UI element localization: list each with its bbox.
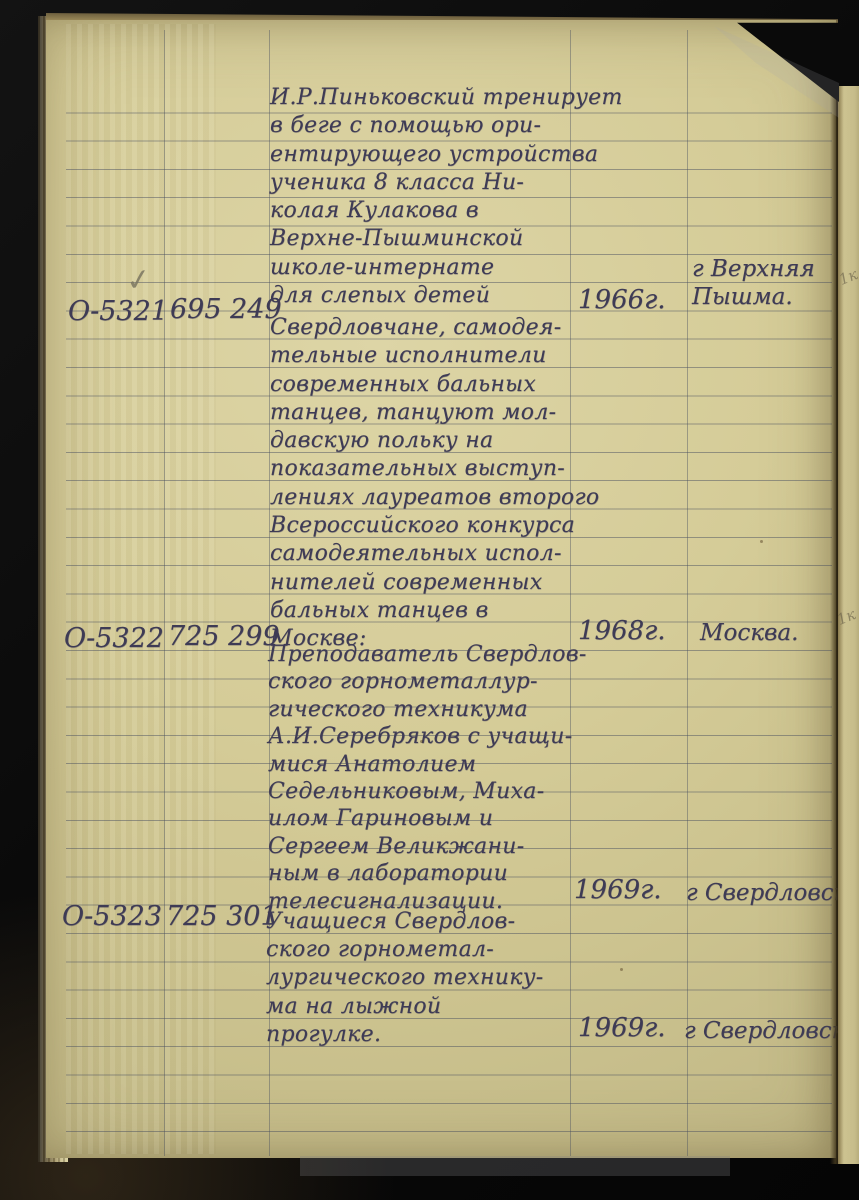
entry-a-line: школе-интернате [270,254,623,282]
entry-c-line: мися Анатолием [268,751,587,778]
entry-a-line: Верхне-Пышминской [270,225,623,253]
entry-c-line: Седельниковым, Миха- [268,778,587,805]
entry-b-line: нителей современных [270,569,599,597]
entry-b-line: Свердловчане, самодея- [270,314,599,342]
entry-c-place: г Свердловск [686,879,847,907]
entry-b-place: Москва. [700,619,798,647]
entry-b-line: танцев, танцуют мол- [270,399,599,427]
entry-d-line: лургического технику- [266,964,544,992]
entry-a-line: в беге с помощью ори- [270,112,623,140]
page-fold-crease [830,86,838,1164]
entry-c-line: ным в лаборатории [268,860,587,887]
entry-c-line: Преподаватель Свердлов- [268,641,587,668]
paper-speck [760,540,763,543]
entry-d-year: 1969г. [578,1013,666,1043]
entry-d-place-line: г Свердловск [684,1017,845,1045]
entry-a-year: 1966г. [578,285,666,315]
entry-b-line: Всероссийского конкурса [270,512,599,540]
entry-b-line: самодеятельных испол- [270,540,599,568]
entry-b-line: лениях лауреатов второго [270,484,599,512]
entry-b-description: Свердловчане, самодея- тельные исполните… [270,314,599,654]
entry-b-line: показательных выступ- [270,455,599,483]
paper-speck [420,740,423,743]
entry-b-line: давскую польку на [270,427,599,455]
column-line-1 [164,30,165,1156]
entry-c-line: ского горнометаллур- [268,668,587,695]
scanned-ledger-page: И.Р.Пиньковский тренирует в беге с помощ… [0,0,859,1200]
entry-d-code: О-5323 [62,901,162,932]
entry-b-place-line: Москва. [700,619,798,647]
entry-d-description: Учащиеся Свердлов- ского горнометал- лур… [266,908,544,1049]
entry-d-line: ма на лыжной [266,993,544,1021]
entry-c-line: А.И.Серебряков с учащи- [268,723,587,750]
entry-b-line: бальных танцев в [270,597,599,625]
entry-c-year: 1969г. [574,875,662,905]
entry-c-line: Сергеем Великжани- [268,833,587,860]
entry-a-place: г Верхняя Пышма. [692,255,815,312]
entry-a-line: И.Р.Пиньковский тренирует [270,84,623,112]
entry-c-number: 725 299 [168,621,280,652]
entry-d-line: ского горнометал- [266,936,544,964]
paper-speck [620,968,623,971]
entry-c-line: илом Гариновым и [268,805,587,832]
entry-a-place-line: Пышма. [692,283,815,311]
entry-c-description: Преподаватель Свердлов- ского горнометал… [268,641,587,915]
entry-d-number: 725 301 [166,901,278,932]
entry-a-line: для слепых детей [270,282,623,310]
entry-c-line: гического техникума [268,696,587,723]
entry-a-line: ученика 8 класса Ни- [270,169,623,197]
entry-d-line: Учащиеся Свердлов- [266,908,544,936]
entry-d-place: г Свердловск [684,1017,845,1045]
entry-a-line: колая Кулакова в [270,197,623,225]
entry-c-place-line: г Свердловск [686,879,847,907]
entry-d-line: прогулке. [266,1021,544,1049]
entry-b-year: 1968г. [578,616,666,646]
bottom-film-reflection [300,1156,730,1176]
entry-b-code: О-5321 [68,296,168,327]
entry-b-line: тельные исполнители [270,342,599,370]
entry-b-number: 695 249 [170,294,282,325]
pencil-check-mark: ✓ [124,261,154,299]
column-line-4 [687,30,688,1156]
entry-c-code: О-5322 [64,623,164,654]
entry-a-description: И.Р.Пиньковский тренирует в беге с помощ… [270,84,623,310]
entry-a-place-line: г Верхняя [692,255,815,283]
entry-a-line: ентирующего устройства [270,141,623,169]
entry-b-line: современных бальных [270,371,599,399]
